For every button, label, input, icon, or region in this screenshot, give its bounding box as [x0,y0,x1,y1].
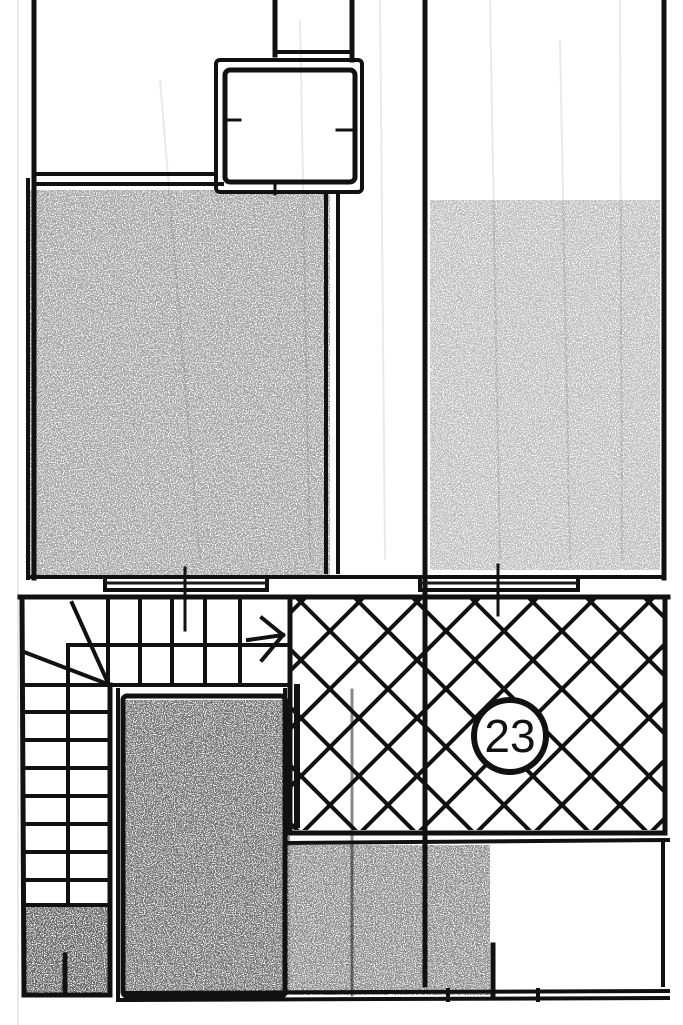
area-number: 23 [484,710,535,762]
speckle-texture [25,190,660,995]
partition-wall [326,192,338,572]
window-strip-right [420,565,578,615]
closet-shaft [216,0,362,194]
area-label-23: 23 [474,700,546,772]
floor-plan: 23 [0,0,683,1025]
